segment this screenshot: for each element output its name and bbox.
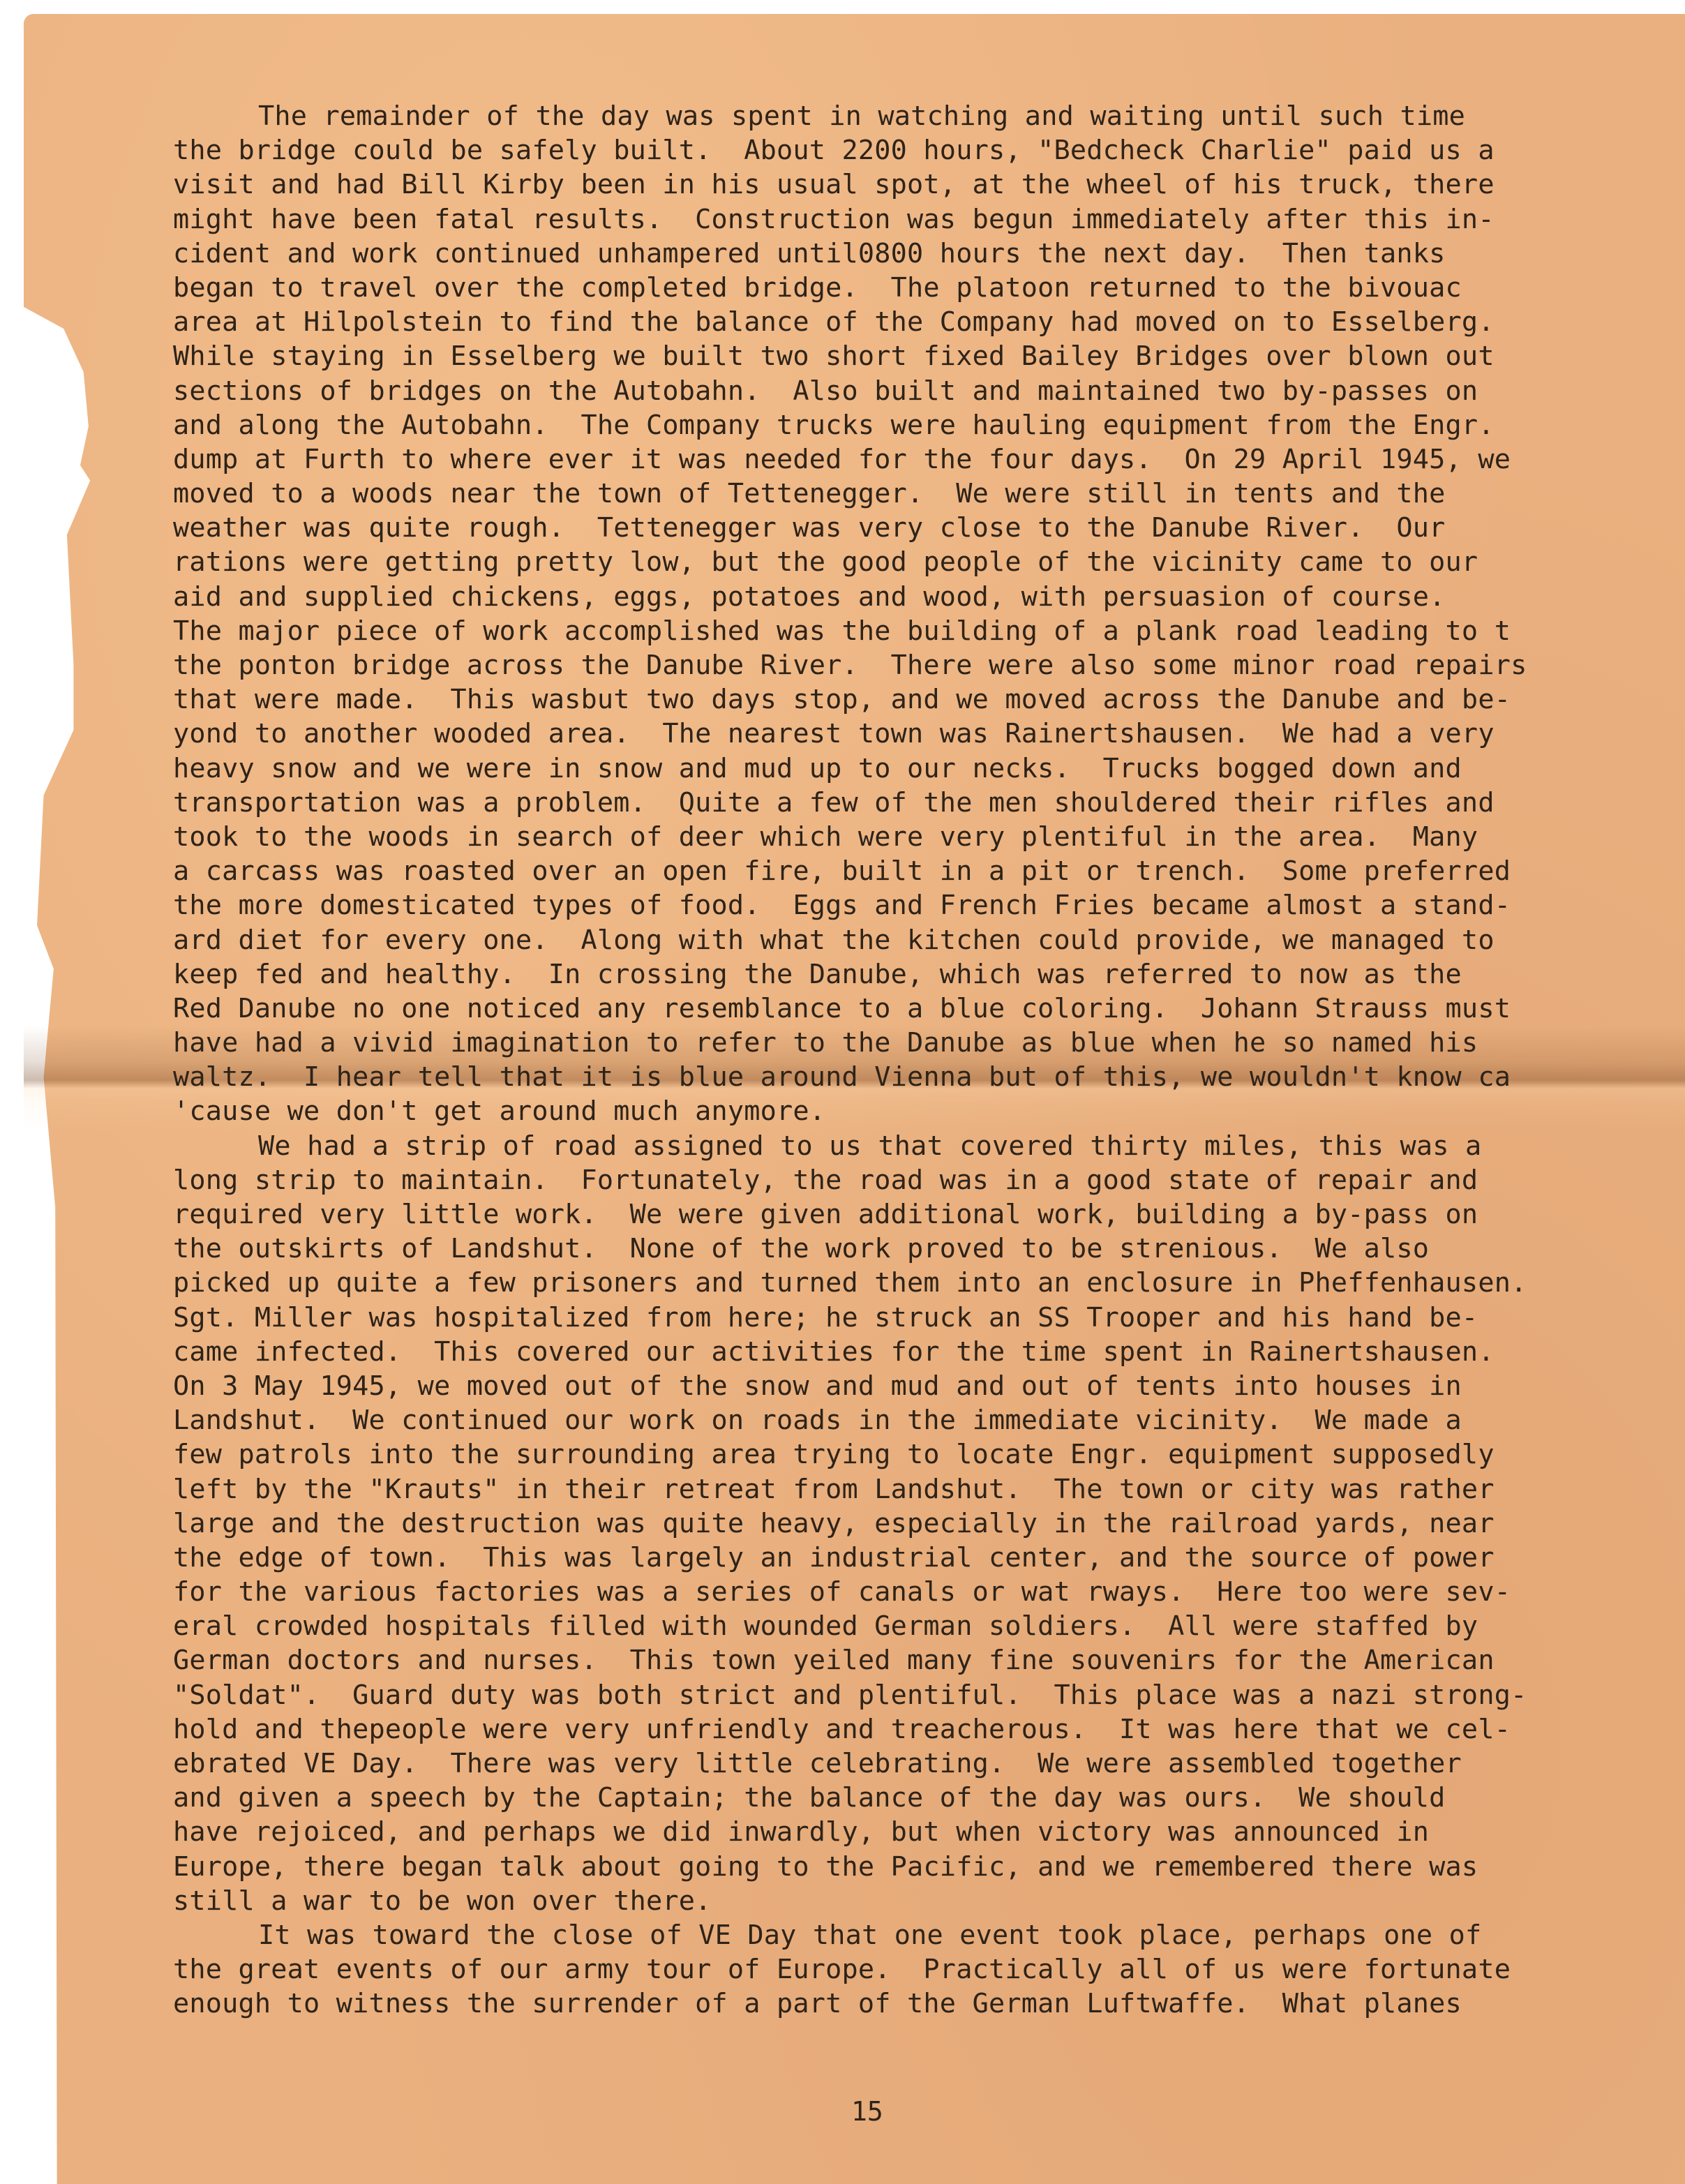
text-line: might have been fatal results. Construct…: [173, 202, 1638, 237]
text-line: picked up quite a few prisoners and turn…: [173, 1266, 1638, 1300]
text-line: visit and had Bill Kirby been in his usu…: [173, 167, 1638, 202]
text-line: that were made. This wasbut two days sto…: [173, 682, 1638, 717]
text-line: and along the Autobahn. The Company truc…: [173, 408, 1638, 442]
text-line: eral crowded hospitals filled with wound…: [173, 1609, 1638, 1643]
text-line: moved to a woods near the town of Tetten…: [173, 477, 1638, 511]
text-line: yond to another wooded area. The nearest…: [173, 717, 1638, 751]
text-line: dump at Furth to where ever it was neede…: [173, 442, 1638, 477]
text-line: the more domesticated types of food. Egg…: [173, 888, 1638, 922]
text-line: On 3 May 1945, we moved out of the snow …: [173, 1369, 1638, 1403]
text-line: the ponton bridge across the Danube Rive…: [173, 648, 1638, 682]
text-line: German doctors and nurses. This town yei…: [173, 1643, 1638, 1677]
text-line: the outskirts of Landshut. None of the w…: [173, 1232, 1638, 1266]
typewritten-body: The remainder of the day was spent in wa…: [173, 99, 1638, 2021]
text-line: ard diet for every one. Along with what …: [173, 923, 1638, 957]
text-line: long strip to maintain. Fortunately, the…: [173, 1163, 1638, 1197]
text-line: While staying in Esselberg we built two …: [173, 339, 1638, 373]
text-line: large and the destruction was quite heav…: [173, 1506, 1638, 1541]
paragraph-first-line: The remainder of the day was spent in wa…: [173, 99, 1638, 133]
text-line: for the various factories was a series o…: [173, 1575, 1638, 1609]
text-line: "Soldat". Guard duty was both strict and…: [173, 1678, 1638, 1712]
text-line: keep fed and healthy. In crossing the Da…: [173, 957, 1638, 992]
text-line: few patrols into the surrounding area tr…: [173, 1437, 1638, 1472]
text-line: have had a vivid imagination to refer to…: [173, 1026, 1638, 1060]
text-line: waltz. I hear tell that it is blue aroun…: [173, 1060, 1638, 1094]
text-line: began to travel over the completed bridg…: [173, 271, 1638, 305]
paragraph-first-line: We had a strip of road assigned to us th…: [173, 1129, 1638, 1163]
text-line: ebrated VE Day. There was very little ce…: [173, 1747, 1638, 1781]
text-line: 'cause we don't get around much anymore.: [173, 1094, 1638, 1128]
text-line: left by the "Krauts" in their retreat fr…: [173, 1472, 1638, 1506]
text-line: Red Danube no one noticed any resemblanc…: [173, 992, 1638, 1026]
text-line: came infected. This covered our activiti…: [173, 1335, 1638, 1369]
text-line: The major piece of work accomplished was…: [173, 614, 1638, 648]
text-line: sections of bridges on the Autobahn. Als…: [173, 374, 1638, 408]
text-line: aid and supplied chickens, eggs, potatoe…: [173, 580, 1638, 614]
text-line: have rejoiced, and perhaps we did inward…: [173, 1815, 1638, 1849]
text-line: enough to witness the surrender of a par…: [173, 1987, 1638, 2021]
text-line: the bridge could be safely built. About …: [173, 133, 1638, 167]
text-line: weather was quite rough. Tettenegger was…: [173, 511, 1638, 545]
text-line: Sgt. Miller was hospitalized from here; …: [173, 1301, 1638, 1335]
text-line: still a war to be won over there.: [173, 1884, 1638, 1918]
page-number: 15: [851, 2096, 883, 2127]
text-line: Landshut. We continued our work on roads…: [173, 1403, 1638, 1437]
text-line: hold and thepeople were very unfriendly …: [173, 1712, 1638, 1747]
text-line: took to the woods in search of deer whic…: [173, 820, 1638, 854]
paragraph-first-line: It was toward the close of VE Day that o…: [173, 1918, 1638, 1952]
text-line: the edge of town. This was largely an in…: [173, 1541, 1638, 1575]
text-line: Europe, there began talk about going to …: [173, 1850, 1638, 1884]
text-line: heavy snow and we were in snow and mud u…: [173, 751, 1638, 786]
text-line: transportation was a problem. Quite a fe…: [173, 786, 1638, 820]
text-line: cident and work continued unhampered unt…: [173, 237, 1638, 271]
text-line: area at Hilpolstein to find the balance …: [173, 305, 1638, 339]
text-line: a carcass was roasted over an open fire,…: [173, 854, 1638, 888]
text-line: the great events of our army tour of Eur…: [173, 1952, 1638, 1987]
text-line: rations were getting pretty low, but the…: [173, 545, 1638, 579]
text-line: and given a speech by the Captain; the b…: [173, 1781, 1638, 1815]
text-line: required very little work. We were given…: [173, 1197, 1638, 1232]
